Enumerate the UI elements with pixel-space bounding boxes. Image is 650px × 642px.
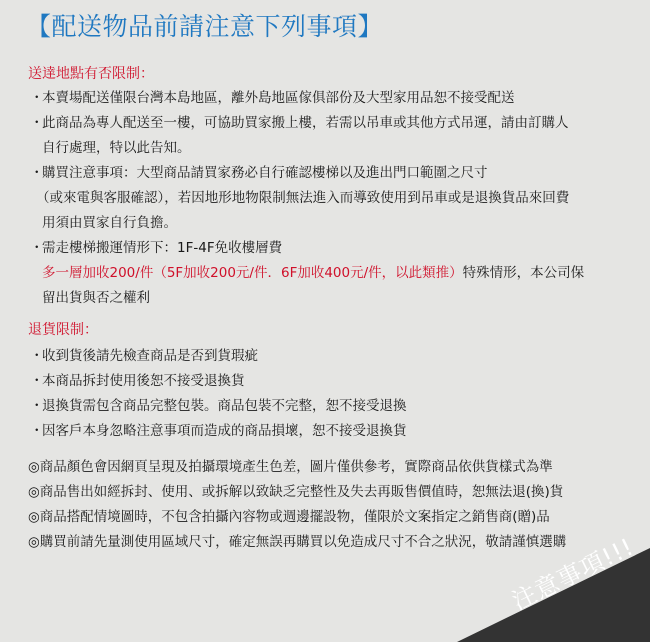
returns-item-3: ・退換貨需包含商品完整包裝。商品包裝不完整，恕不接受退換 [30,396,407,416]
returns-item-4: ・因客戶本身忽略注意事項而造成的商品損壞，恕不接受退換貨 [30,421,407,441]
delivery-item-1-text: 本賣場配送僅限台灣本島地區，離外島地區傢俱部份及大型家用品恕不接受配送 [42,90,515,106]
floor-fee-after: 特殊情形，本公司保 [463,265,585,281]
bullet-icon: ・ [30,113,42,133]
delivery-item-1: ・本賣場配送僅限台灣本島地區，離外島地區傢俱部份及大型家用品恕不接受配送 [30,88,515,108]
bullet-icon: ・ [30,346,42,366]
delivery-item-4-fee: 多一層加收200/件（5F加收200元/件．6F加收400元/件，以此類推）特殊… [42,263,584,283]
returns-item-4-text: 因客戶本身忽略注意事項而造成的商品損壞，恕不接受退換貨 [42,423,407,439]
delivery-item-2: ・此商品為專人配送至一樓，可協助買家搬上樓，若需以吊車或其他方式吊運，請由訂購人 [30,113,569,133]
delivery-heading: 送達地點有否限制： [28,64,154,84]
note-2: ◎商品售出如經拆封、使用、或拆解以致缺乏完整性及失去再販售價值時，恕無法退(換)… [28,482,563,502]
delivery-item-2-text: 此商品為專人配送至一樓，可協助買家搬上樓，若需以吊車或其他方式吊運，請由訂購人 [42,115,569,131]
bullet-icon: ・ [30,238,42,258]
note-1: ◎商品顏色會因網頁呈現及拍攝環境產生色差，圖片僅供參考，實際商品依供貨樣式為準 [28,457,553,477]
delivery-item-2-cont: 自行處理，特以此告知。 [42,138,191,158]
note-3: ◎商品搭配情境圖時，不包含拍攝內容物或週邊擺設物，僅限於文案指定之銷售商(贈)品 [28,507,550,527]
floor-fee-text: 多一層加收200/件（5F加收200元/件．6F加收400元/件，以此類推） [42,265,463,281]
bullet-icon: ・ [30,88,42,108]
delivery-item-3-cont-1: （或來電與客服確認），若因地形地物限制無法進入而導致使用到吊車或是退換貨品來回費 [36,188,569,208]
returns-item-2: ・本商品拆封使用後恕不接受退換貨 [30,371,245,391]
returns-item-3-text: 退換貨需包含商品完整包裝。商品包裝不完整，恕不接受退換 [42,398,407,414]
delivery-item-3-cont-2: 用須由買家自行負擔。 [42,213,177,233]
delivery-item-4-last: 留出貨與否之權利 [42,288,150,308]
delivery-item-3: ・購買注意事項：大型商品請買家務必自行確認樓梯以及進出門口範圍之尺寸 [30,163,488,183]
bullet-icon: ・ [30,396,42,416]
note-4: ◎購買前請先量測使用區域尺寸，確定無誤再購買以免造成尺寸不合之狀況，敬請謹慎選購 [28,532,566,552]
returns-item-2-text: 本商品拆封使用後恕不接受退換貨 [42,373,245,389]
delivery-item-4-text: 需走樓梯搬運情形下：1F-4F免收樓層費 [42,240,282,256]
page-title: 【配送物品前請注意下列事項】 [26,10,383,44]
delivery-item-3-text: 購買注意事項：大型商品請買家務必自行確認樓梯以及進出門口範圍之尺寸 [42,165,488,181]
bullet-icon: ・ [30,421,42,441]
returns-item-1: ・收到貨後請先檢查商品是否到貨瑕疵 [30,346,258,366]
returns-item-1-text: 收到貨後請先檢查商品是否到貨瑕疵 [42,348,258,364]
bullet-icon: ・ [30,163,42,183]
notice-page: 【配送物品前請注意下列事項】 送達地點有否限制： ・本賣場配送僅限台灣本島地區，… [0,0,650,642]
bullet-icon: ・ [30,371,42,391]
returns-heading: 退貨限制： [28,320,98,340]
delivery-item-4: ・需走樓梯搬運情形下：1F-4F免收樓層費 [30,238,282,258]
